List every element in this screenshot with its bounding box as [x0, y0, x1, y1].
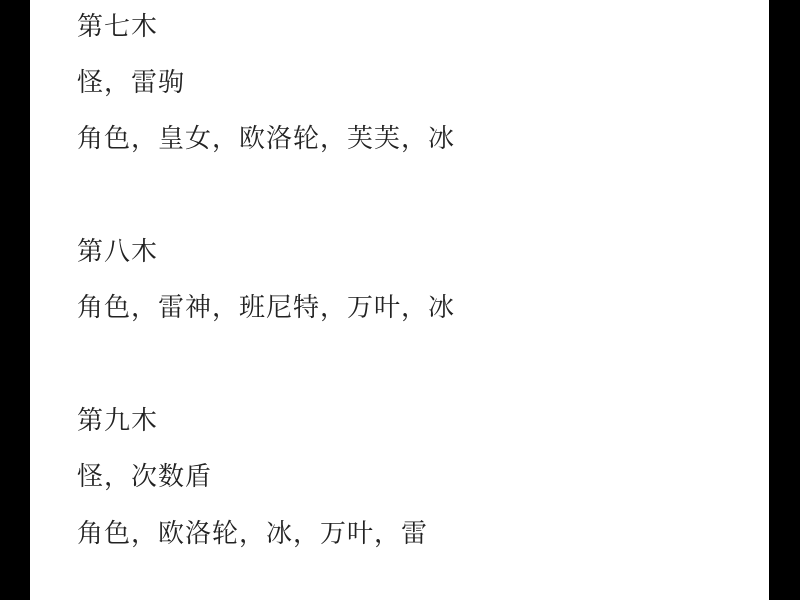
characters-line: 角色，皇女，欧洛轮，芙芙，冰 — [77, 123, 455, 155]
section-title: 第九木 — [77, 405, 158, 437]
enemy-line: 怪，雷驹 — [77, 67, 185, 99]
enemy-line: 怪，次数盾 — [77, 461, 212, 493]
section-title: 第七木 — [77, 11, 158, 43]
characters-line: 角色，欧洛轮，冰，万叶，雷 — [77, 518, 428, 550]
characters-line: 角色，雷神，班尼特，万叶，冰 — [77, 292, 455, 324]
document-page: 第七木 怪，雷驹 角色，皇女，欧洛轮，芙芙，冰 第八木 角色，雷神，班尼特，万叶… — [30, 0, 769, 600]
section-title: 第八木 — [77, 236, 158, 268]
